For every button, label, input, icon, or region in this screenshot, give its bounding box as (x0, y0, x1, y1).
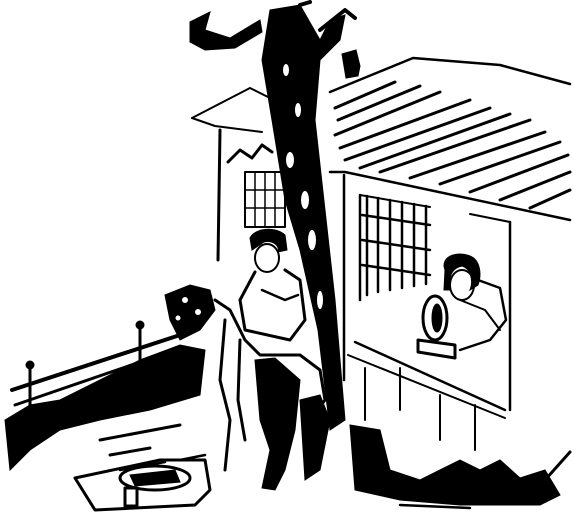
illustration (0, 0, 574, 513)
window-bars (362, 196, 430, 295)
flower-bush (165, 285, 215, 340)
thatched-roof (330, 50, 570, 220)
house-front-wall (344, 175, 510, 450)
woman-at-window (418, 254, 506, 358)
grass-right (350, 425, 570, 505)
stone-basin (75, 460, 210, 510)
grass-left (5, 345, 205, 470)
